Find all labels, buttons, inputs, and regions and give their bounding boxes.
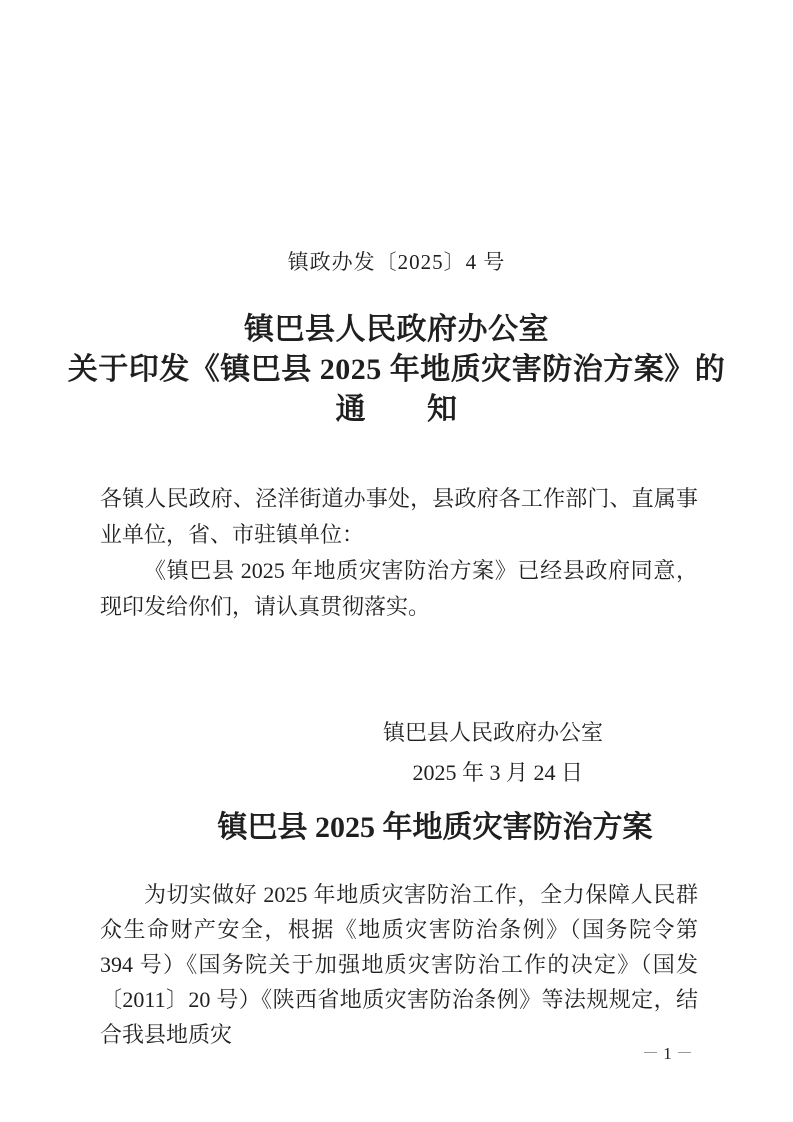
notice-title-line-2: 关于印发《镇巴县 2025 年地质灾害防治方案》的	[0, 350, 793, 390]
page-number: － 1 －	[642, 1043, 693, 1065]
signature-block: 镇巴县人民政府办公室 2025 年 3 月 24 日	[100, 713, 697, 793]
notice-title-line-3: 通 知	[0, 390, 793, 430]
page-number-dash-right: －	[676, 1044, 693, 1063]
page-number-dash-left: －	[642, 1044, 659, 1063]
notice-title: 镇巴县人民政府办公室 关于印发《镇巴县 2025 年地质灾害防治方案》的 通 知	[0, 310, 793, 430]
document-page: 镇政办发〔2025〕4 号 镇巴县人民政府办公室 关于印发《镇巴县 2025 年…	[0, 0, 793, 1122]
notice-body-paragraph: 《镇巴县 2025 年地质灾害防治方案》已经县政府同意，现印发给你们，请认真贯彻…	[100, 553, 698, 625]
page-number-value: 1	[663, 1044, 672, 1063]
notice-title-line-1: 镇巴县人民政府办公室	[0, 310, 793, 350]
doc-number: 镇政办发〔2025〕4 号	[0, 248, 793, 276]
plan-intro-paragraph: 为切实做好 2025 年地质灾害防治工作，全力保障人民群众生命财产安全，根据《地…	[100, 877, 698, 1052]
signature-date: 2025 年 3 月 24 日	[100, 753, 697, 793]
signature-issuer: 镇巴县人民政府办公室	[100, 713, 697, 753]
recipients-paragraph: 各镇人民政府、泾洋街道办事处，县政府各工作部门、直属事业单位，省、市驻镇单位：	[100, 481, 698, 553]
notice-body: 各镇人民政府、泾洋街道办事处，县政府各工作部门、直属事业单位，省、市驻镇单位： …	[100, 481, 698, 625]
plan-title: 镇巴县 2025 年地质灾害防治方案	[100, 808, 698, 848]
